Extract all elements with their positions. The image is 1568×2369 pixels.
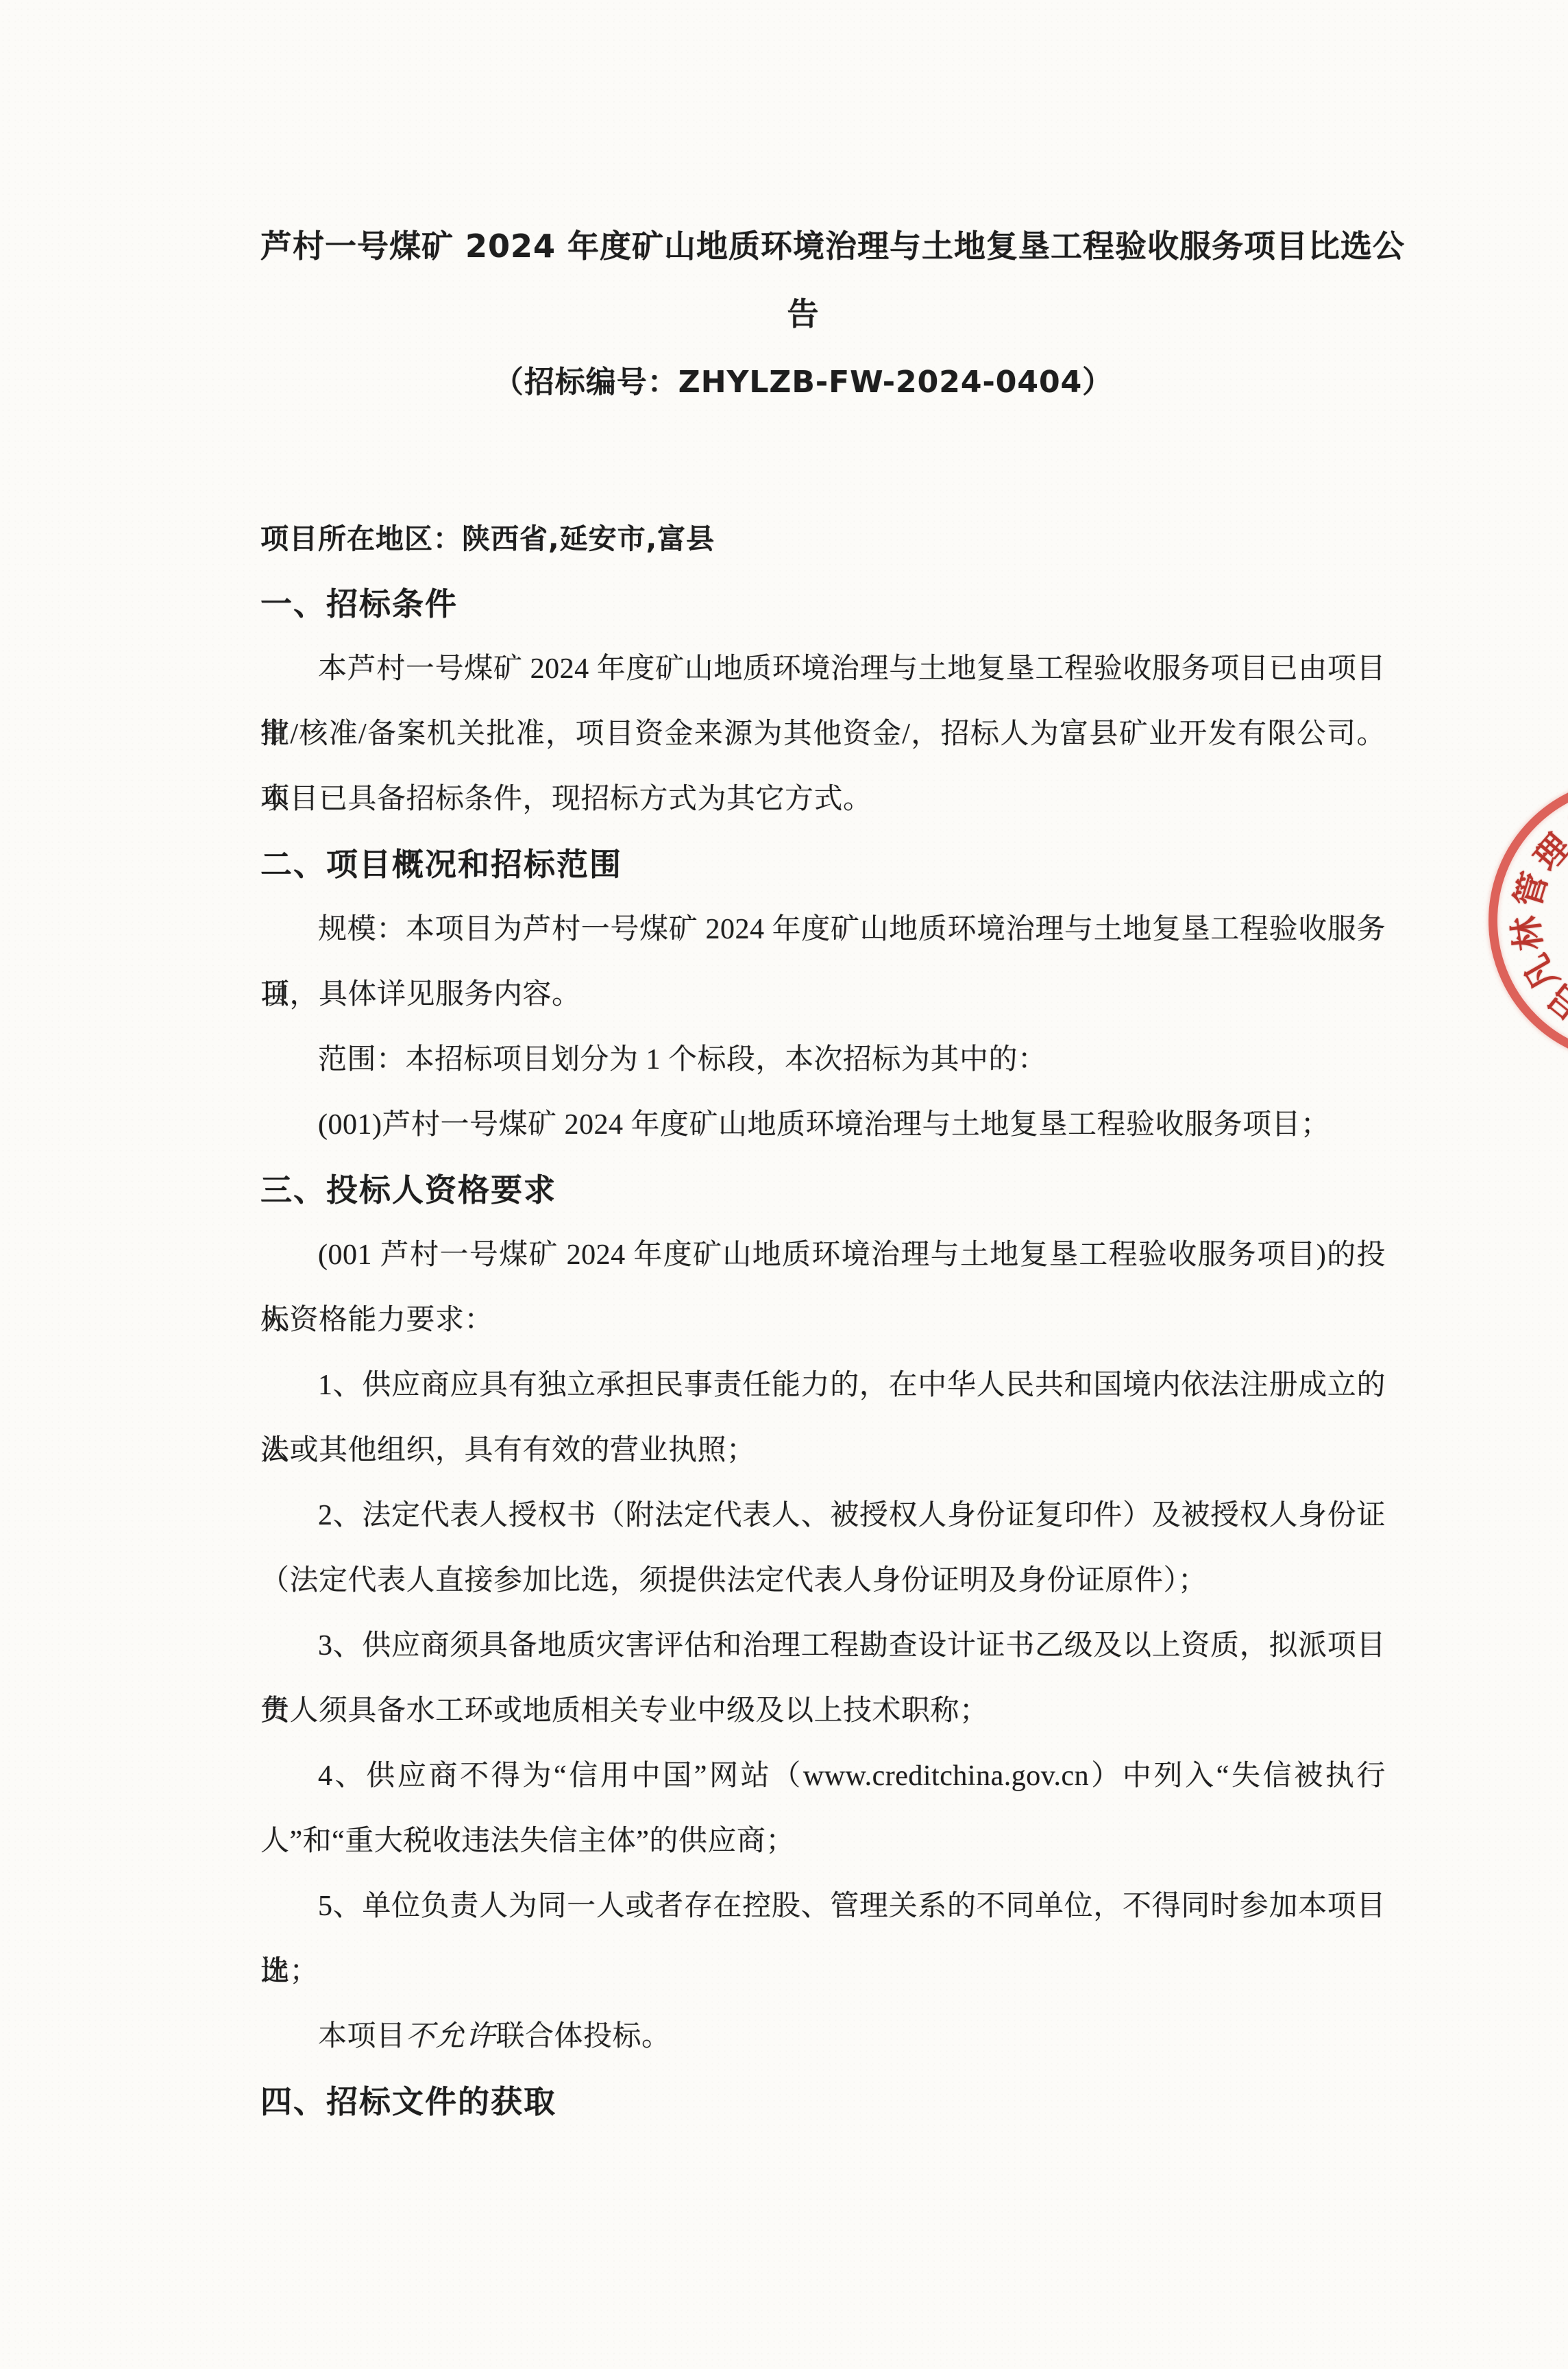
- document-title-line-2: 告: [260, 280, 1346, 348]
- qualification-item-5-line-2: 选；: [260, 1939, 1386, 2004]
- no-joint-venture-line: 本项目不允许联合体投标。: [260, 2004, 1386, 2069]
- section-3-intro-line-2: 人资格能力要求：: [260, 1288, 1386, 1353]
- no-jv-emphasis: 不允许: [406, 2021, 496, 2052]
- document-header: 芦村一号煤矿 2024 年度矿山地质环境治理与土地复垦工程验收服务项目比选公 告…: [260, 212, 1346, 416]
- section-2-lot-line: (001)芦村一号煤矿 2024 年度矿山地质环境治理与土地复垦工程验收服务项目…: [260, 1093, 1386, 1158]
- qualification-item-5-line-1: 5、单位负责人为同一人或者存在控股、管理关系的不同单位，不得同时参加本项目比: [260, 1874, 1386, 1939]
- bid-number-line: （招标编号：ZHYLZB-FW-2024-0404）: [260, 348, 1346, 416]
- project-location-line: 项目所在地区：陕西省,延安市,富县: [260, 507, 1386, 572]
- section-1-paragraph-line-2: 批/核准/备案机关批准，项目资金来源为其他资金/，招标人为富县矿业开发有限公司。…: [260, 702, 1386, 767]
- section-3-heading: 三、投标人资格要求: [260, 1158, 1386, 1223]
- qualification-item-1-line-2: 人或其他组织，具有有效的营业执照；: [260, 1418, 1386, 1483]
- qualification-item-2-line-2: （法定代表人直接参加比选，须提供法定代表人身份证明及身份证原件）；: [260, 1548, 1386, 1614]
- section-1-heading: 一、招标条件: [260, 572, 1386, 637]
- document-body: 项目所在地区：陕西省,延安市,富县 一、招标条件 本芦村一号煤矿 2024 年度…: [260, 507, 1386, 2135]
- qualification-item-2-line-1: 2、法定代表人授权书（附法定代表人、被授权人身份证复印件）及被授权人身份证: [260, 1483, 1386, 1548]
- qualification-item-4-line-1: 4、供应商不得为“信用中国”网站（www.creditchina.gov.cn）…: [260, 1744, 1386, 1809]
- section-2-scale-line-2: 目，具体详见服务内容。: [260, 962, 1386, 1028]
- section-1-paragraph-line-1: 本芦村一号煤矿 2024 年度矿山地质环境治理与土地复垦工程验收服务项目已由项目…: [260, 637, 1386, 702]
- section-2-heading: 二、项目概况和招标范围: [260, 832, 1386, 897]
- seal-character: 林: [1508, 914, 1547, 953]
- section-2-scale-line-1: 规模：本项目为芦村一号煤矿 2024 年度矿山地质环境治理与土地复垦工程验收服务…: [260, 897, 1386, 962]
- section-2-scope-line: 范围：本招标项目划分为 1 个标段，本次招标为其中的：: [260, 1028, 1386, 1093]
- no-jv-suffix: 联合体投标。: [496, 2021, 671, 2052]
- qualification-item-3-line-1: 3、供应商须具备地质灾害评估和治理工程勘查设计证书乙级及以上资质，拟派项目负: [260, 1614, 1386, 1679]
- qualification-item-4-line-2: 人”和“重大税收违法失信主体”的供应商；: [260, 1809, 1386, 1874]
- no-jv-prefix: 本项目: [318, 2021, 406, 2052]
- section-4-heading: 四、招标文件的获取: [260, 2069, 1386, 2135]
- red-seal-stamp: 入 理 管 林 凡 吕: [1489, 778, 1568, 1063]
- qualification-item-3-line-2: 责人须具备水工环或地质相关专业中级及以上技术职称；: [260, 1679, 1386, 1744]
- section-3-intro-line-1: (001 芦村一号煤矿 2024 年度矿山地质环境治理与土地复垦工程验收服务项目…: [260, 1223, 1386, 1288]
- document-title-line-1: 芦村一号煤矿 2024 年度矿山地质环境治理与土地复垦工程验收服务项目比选公: [260, 212, 1346, 280]
- scanned-document-page: 芦村一号煤矿 2024 年度矿山地质环境治理与土地复垦工程验收服务项目比选公 告…: [0, 0, 1568, 2369]
- section-1-paragraph-line-3: 项目已具备招标条件，现招标方式为其它方式。: [260, 767, 1386, 832]
- qualification-item-1-line-1: 1、供应商应具有独立承担民事责任能力的，在中华人民共和国境内依法注册成立的法: [260, 1353, 1386, 1418]
